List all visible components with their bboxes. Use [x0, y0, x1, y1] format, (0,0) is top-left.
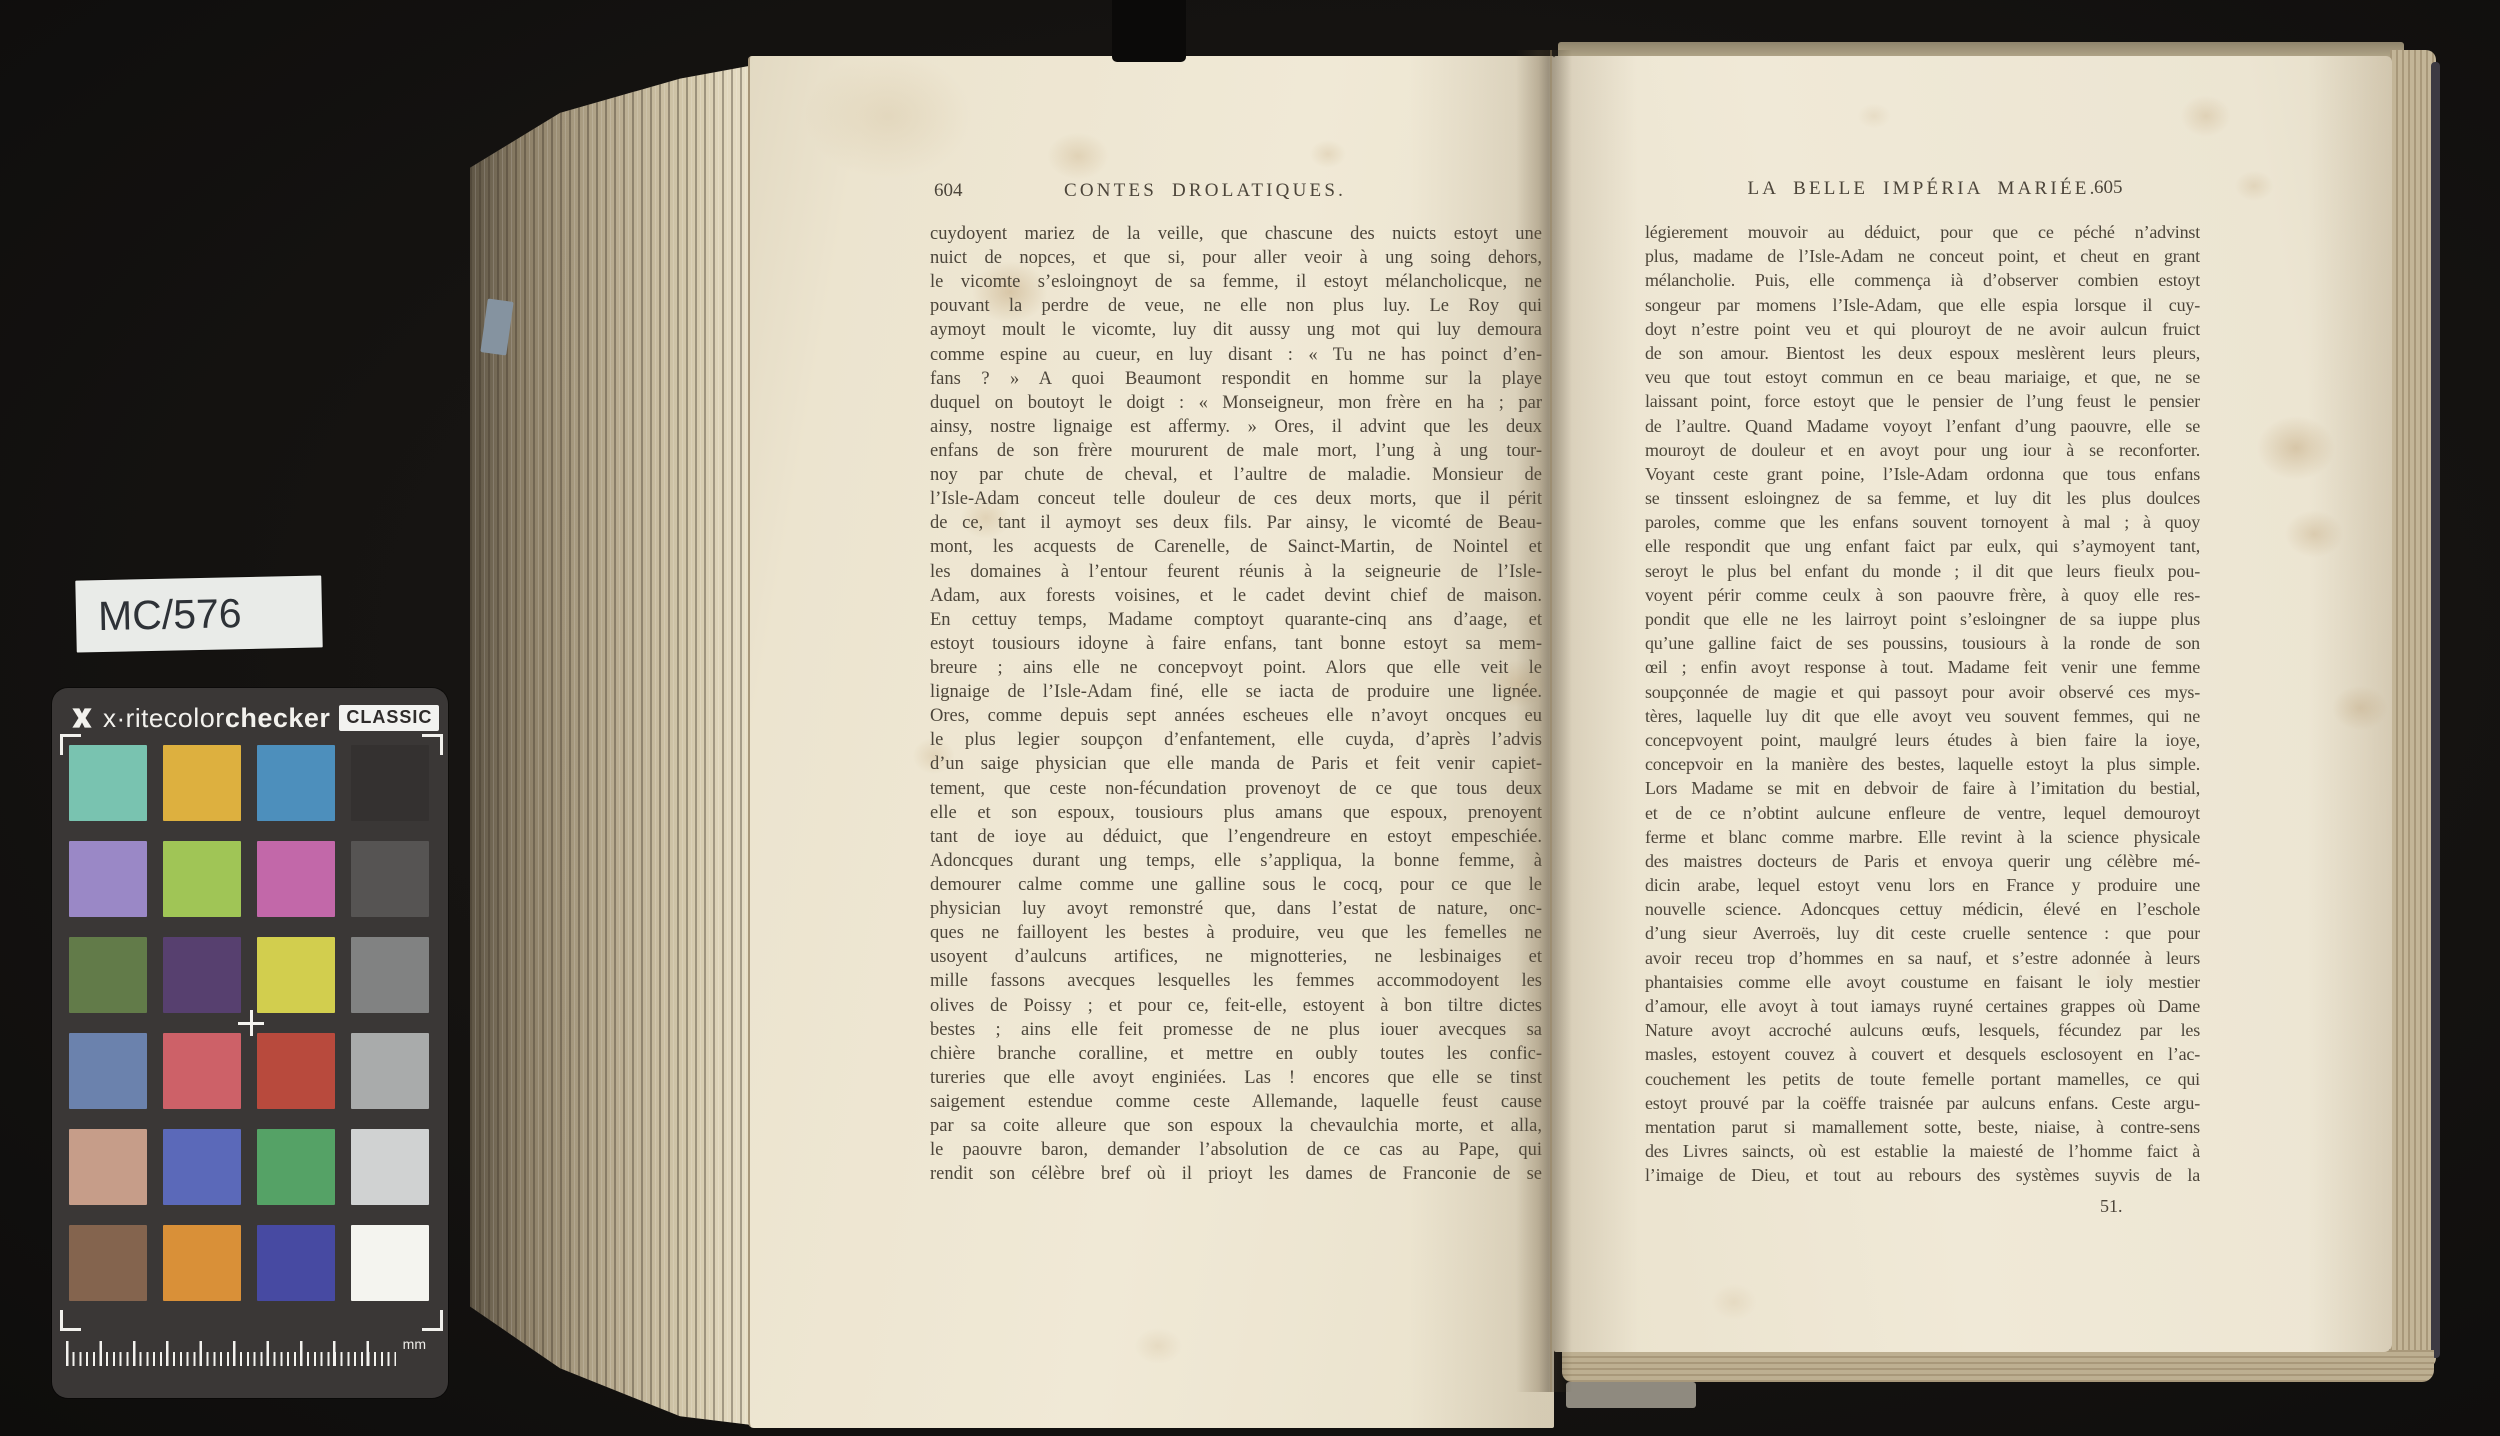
text-line: avoir receu trop d’hommes en sa nauf, et… [1645, 946, 2200, 970]
color-swatch [351, 1129, 429, 1205]
text-line: plus, madame de l’Isle-Adam ne conceut p… [1645, 244, 2200, 268]
text-line: songeur par momens l’Isle-Adam, que elle… [1645, 293, 2200, 317]
color-swatch [257, 1225, 335, 1301]
crosshair-marker [238, 1010, 264, 1036]
text-line: tant de ioye au déduict, que l’engendreu… [930, 825, 1542, 849]
text-line: Nature avoyt accroché aulcuns œufs, lesq… [1645, 1018, 2200, 1042]
color-swatch [351, 745, 429, 821]
text-line: bestes ; ains elle feit promesse de ne p… [930, 1018, 1542, 1042]
color-swatch [257, 745, 335, 821]
text-line: de son amour. Bientost les deux espoux m… [1645, 341, 2200, 365]
signature-mark: 51. [2100, 1196, 2123, 1217]
text-line: concepvoyent point, maulgré leurs études… [1645, 728, 2200, 752]
gutter-shadow [1516, 50, 1572, 1392]
color-swatch [351, 841, 429, 917]
mm-ruler: mm [66, 1334, 428, 1372]
text-line: concepvoir en la manière des bestes, laq… [1645, 752, 2200, 776]
text-line: masles, estoyent couvez à couvert et des… [1645, 1042, 2200, 1066]
text-line: comme espine au cueur, en luy disant : «… [930, 343, 1542, 367]
color-swatch [69, 1033, 147, 1109]
text-line: et de ce n’obtint aulcune enfleure de ve… [1645, 801, 2200, 825]
text-line: cuydoyent mariez de la veille, que chasc… [930, 222, 1542, 246]
classic-badge: CLASSIC [339, 705, 439, 731]
text-line: ainsy, nostre lignaige est affermy. » Or… [930, 415, 1542, 439]
text-line: soupçonnée de magie et qui passoyt pour … [1645, 680, 2200, 704]
color-checker-card: x·rite colorchecker CLASSIC mm [52, 688, 448, 1398]
text-line: aymoyt moult le vicomte, luy dit aussy u… [930, 318, 1542, 342]
text-line: estoyt tousiours idoyne à faire enfans, … [930, 632, 1542, 656]
text-line: duquel on boutoyt le doigt : « Monseigne… [930, 391, 1542, 415]
crop-mark-bottom-left [60, 1310, 81, 1331]
right-text-block: légierement mouvoir au déduict, pour que… [1645, 220, 2200, 1188]
ruler-minor-ticks [66, 1352, 396, 1366]
text-line: Adam, aux forests voisines, et le cadet … [930, 584, 1542, 608]
text-line: de ce, tant il aymoyt ses deux fils. Par… [930, 511, 1542, 535]
color-swatch [163, 1225, 241, 1301]
product-name: colorchecker CLASSIC [164, 703, 440, 734]
color-swatch [163, 1033, 241, 1109]
crop-mark-bottom-right [422, 1310, 443, 1331]
text-line: couchement les petits de toute femelle p… [1645, 1067, 2200, 1091]
text-line: mont, les acquests de Carenelle, de Sain… [930, 535, 1542, 559]
text-line: rendit son célèbre bref où il prioyt les… [930, 1162, 1542, 1186]
photo-background: 604 CONTES DROLATIQUES. cuydoyent mariez… [0, 0, 2500, 1436]
text-line: tureries que elle avoyt enginiées. Las !… [930, 1066, 1542, 1090]
text-line: mélancholie. Puis, elle commença ià d’ob… [1645, 268, 2200, 292]
text-line: dicin arabe, lequel estoyt venu lors en … [1645, 873, 2200, 897]
archive-label: MC/576 [75, 575, 322, 652]
color-swatch [351, 1033, 429, 1109]
text-line: paroles, comme que les enfans souvent to… [1645, 510, 2200, 534]
text-line: lignaige de l’Isle-Adam finé, elle se ia… [930, 680, 1542, 704]
text-line: œil ; enfin avoyt response à tout. Madam… [1645, 655, 2200, 679]
text-line: seroyt le plus bel enfant du monde ; il … [1645, 559, 2200, 583]
color-swatch [69, 841, 147, 917]
page-edge-right [2390, 50, 2436, 1368]
color-swatch [163, 1129, 241, 1205]
text-line: Voyant ceste grant poine, l’Isle-Adam or… [1645, 462, 2200, 486]
color-swatch [69, 745, 147, 821]
color-checker-header: x·rite colorchecker CLASSIC [68, 700, 434, 736]
brand-name: x·rite [103, 703, 164, 734]
text-line: Adoncques durant ung temps, elle s’appli… [930, 849, 1542, 873]
archive-label-text: MC/576 [98, 590, 243, 640]
text-line: elle respondit que ung enfant faict par … [1645, 534, 2200, 558]
text-line: l’Isle-Adam conceut telle douleur de ces… [930, 487, 1542, 511]
text-line: d’amour, elle avoyt à tout iamays ruyné … [1645, 994, 2200, 1018]
left-text-block: cuydoyent mariez de la veille, que chasc… [930, 222, 1542, 1186]
text-line: saigement estendue comme ceste Allemande… [930, 1090, 1542, 1114]
text-line: chière branche coralline, et mettre en o… [930, 1042, 1542, 1066]
text-line: nouvelle science. Adoncques cettuy médic… [1645, 897, 2200, 921]
text-line: mentation parut si mamallement sotte, be… [1645, 1115, 2200, 1139]
cradle-tab [1566, 1382, 1696, 1408]
text-line: mouroyt de douleur et en avoyt pour ung … [1645, 438, 2200, 462]
text-line: enfans de son frère moururent de male mo… [930, 439, 1542, 463]
color-swatch [351, 1225, 429, 1301]
color-swatch [257, 1129, 335, 1205]
text-line: En cettuy temps, Madame comptoyt quarant… [930, 608, 1542, 632]
text-line: par sa coite alleure que son espoux la c… [930, 1114, 1542, 1138]
text-line: le paouvre baron, demander l’absolution … [930, 1138, 1542, 1162]
text-line: tement, que ceste non-fécundation proven… [930, 777, 1542, 801]
text-line: ques ne failloyent les bestes à produire… [930, 921, 1542, 945]
color-swatch [257, 1033, 335, 1109]
right-folio: 605 [2094, 177, 2123, 199]
text-line: elle et son espoux, tousiours plus amans… [930, 801, 1542, 825]
color-swatch [69, 937, 147, 1013]
text-line: fans ? » A quoi Beaumont respondit en ho… [930, 367, 1542, 391]
page-stack-fore-edge [470, 58, 770, 1430]
text-line: qu’une galline faict de ses poussins, to… [1645, 631, 2200, 655]
text-line: tères, laquelle luy dit que elle avoyt v… [1645, 704, 2200, 728]
text-line: estoyt prouvé par la coëffe traisnée par… [1645, 1091, 2200, 1115]
color-swatch [257, 841, 335, 917]
text-line: Ores, comme depuis sept années escheues … [930, 704, 1542, 728]
text-line: breure ; ains elle ne concepvoyt point. … [930, 656, 1542, 680]
text-line: voyent périr comme ceulx à son paouvre f… [1645, 583, 2200, 607]
text-line: se tinssent esloingnez de sa femme, et l… [1645, 486, 2200, 510]
color-swatch [163, 841, 241, 917]
text-line: ferme et blanc comme marbre. Elle revint… [1645, 825, 2200, 849]
text-line: olives de Poissy ; et pour ce, feit-elle… [930, 994, 1542, 1018]
text-line: d’ung sieur Averroës, luy dit ceste crue… [1645, 921, 2200, 945]
color-swatch [69, 1225, 147, 1301]
right-page: LA BELLE IMPÉRIA MARIÉE. 605 légierement… [1554, 56, 2392, 1352]
ruler-mm-label: mm [403, 1336, 426, 1352]
xrite-logo-icon [68, 704, 96, 732]
text-line: l’imaige de Dieu, et tout au rebours des… [1645, 1163, 2200, 1187]
text-line: nuict de nopces, et que si, pour aller v… [930, 246, 1542, 270]
product-word-bold: checker [225, 703, 331, 734]
text-line: des Livres saincts, où est establie la m… [1645, 1139, 2200, 1163]
text-line: le plus legier soupçon d’enfantement, el… [930, 728, 1542, 752]
color-swatch [163, 937, 241, 1013]
color-swatch [69, 1129, 147, 1205]
text-line: mille fassons avecques lesquelles les fe… [930, 969, 1542, 993]
text-line: de l’aultre. Quand Madame voyoyt l’enfan… [1645, 414, 2200, 438]
text-line: légierement mouvoir au déduict, pour que… [1645, 220, 2200, 244]
text-line: physician luy avoyt remonstré que, dans … [930, 897, 1542, 921]
text-line: doyt n’estre point veu et qui plouroyt d… [1645, 317, 2200, 341]
text-line: pondit que elle ne les lairroyt point s’… [1645, 607, 2200, 631]
left-page: 604 CONTES DROLATIQUES. cuydoyent mariez… [748, 56, 1554, 1428]
text-line: le vicomte s’esloingnoyt de sa femme, il… [930, 270, 1542, 294]
text-line: laissant point, force estoyt que le pens… [1645, 389, 2200, 413]
color-swatch [257, 937, 335, 1013]
text-line: des maistres docteurs de Paris et envoya… [1645, 849, 2200, 873]
product-word-light: color [164, 703, 225, 734]
camera-clamp [1112, 0, 1186, 62]
text-line: demourer calme comme une galline sous le… [930, 873, 1542, 897]
color-swatch [163, 745, 241, 821]
page-edge-bottom [1562, 1350, 2434, 1382]
left-running-title: CONTES DROLATIQUES. [905, 180, 1505, 202]
text-line: d’un saige physician que elle manda de P… [930, 752, 1542, 776]
cover-edge-right [2431, 62, 2440, 1358]
text-line: veu que tout estoyt commun en ce beau ma… [1645, 365, 2200, 389]
color-swatch [351, 937, 429, 1013]
text-line: noy par chute de cheval, et l’aultre de … [930, 463, 1542, 487]
text-line: les domaines à l’entour feurent réunis à… [930, 560, 1542, 584]
text-line: usoyent d’aulcuns artifices, ne mignotte… [930, 945, 1542, 969]
text-line: phantaisies comme elle avoyt coustume en… [1645, 970, 2200, 994]
text-line: pouvant la perdre de veue, ne elle non p… [930, 294, 1542, 318]
text-line: Lors Madame se mit en debvoir de faire à… [1645, 776, 2200, 800]
